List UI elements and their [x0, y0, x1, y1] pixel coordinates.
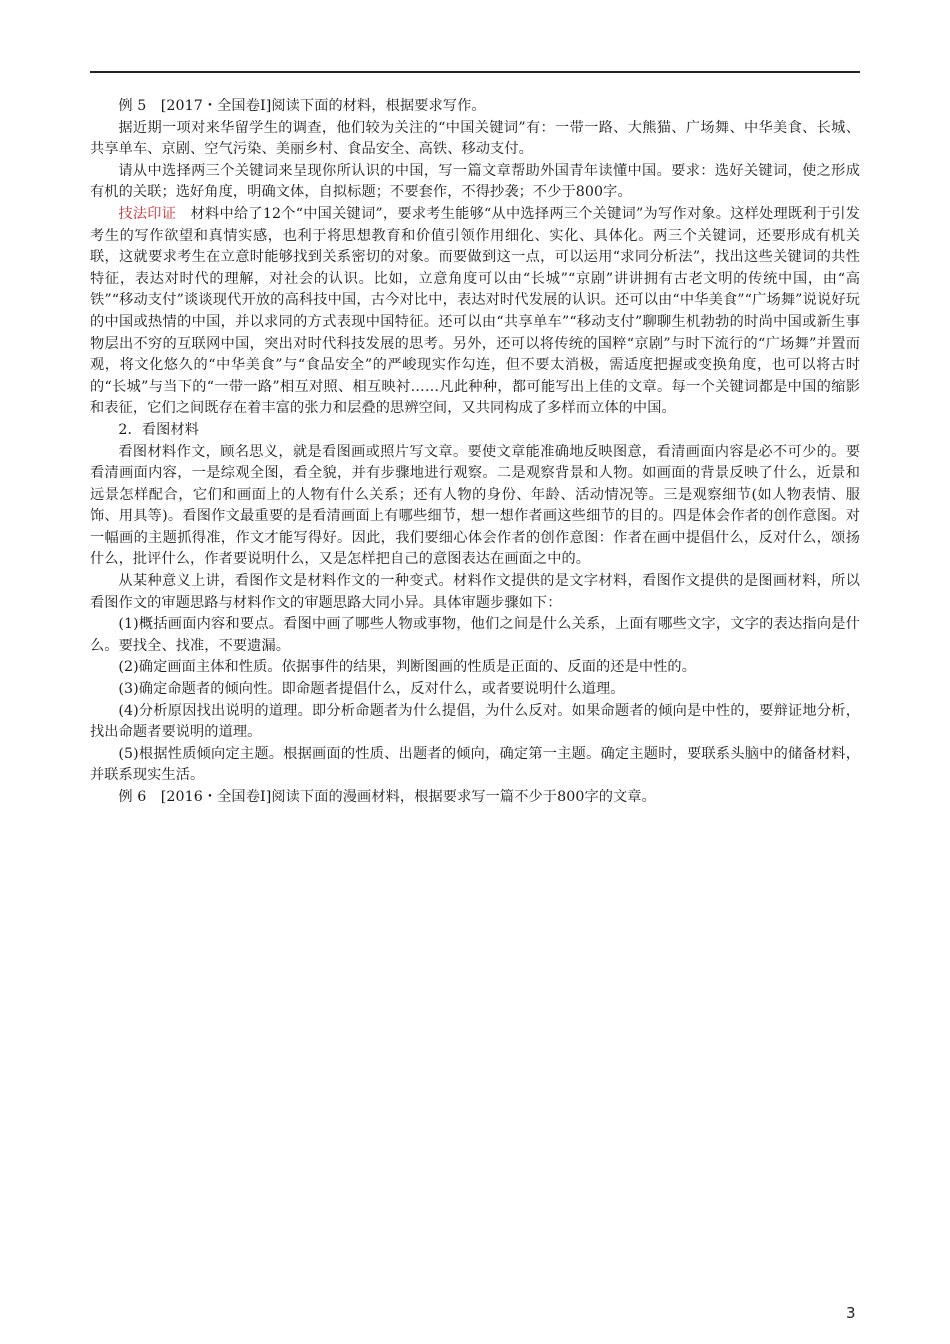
step-2: (2)确定画面主体和性质。依据事件的结果，判断图画的性质是正面的、反面的还是中性…: [90, 657, 860, 679]
step-4: (4)分析原因找出说明的道理。即分析命题者为什么提倡，为什么反对。如果命题者的倾…: [90, 701, 860, 744]
page-number: 3: [846, 1304, 856, 1322]
step-3: (3)确定命题者的倾向性。即命题者提倡什么，反对什么，或者要说明什么道理。: [90, 679, 860, 701]
section2-para2: 从某种意义上讲，看图作文是材料作文的一种变式。材料作文提供的是文字材料，看图作文…: [90, 571, 860, 614]
analysis-label: 技法印证: [118, 206, 176, 222]
page-content: 例 5 [2017・全国卷Ⅰ]阅读下面的材料，根据要求写作。 据近期一项对来华留…: [90, 96, 860, 809]
header-rule: [90, 71, 860, 73]
section2-heading: 2．看图材料: [90, 420, 860, 442]
example5-title: 例 5 [2017・全国卷Ⅰ]阅读下面的材料，根据要求写作。: [90, 96, 860, 118]
example5-material: 据近期一项对来华留学生的调查，他们较为关注的“中国关键词”有：一带一路、大熊猫、…: [90, 118, 860, 161]
step-1: (1)概括画面内容和要点。看图中画了哪些人物或事物，他们之间是什么关系，上面有哪…: [90, 614, 860, 657]
example5-requirement: 请从中选择两三个关键词来呈现你所认识的中国，写一篇文章帮助外国青年读懂中国。要求…: [90, 161, 860, 204]
step-5: (5)根据性质倾向定主题。根据画面的性质、出题者的倾向，确定第一主题。确定主题时…: [90, 744, 860, 787]
example6-title: 例 6 [2016・全国卷Ⅰ]阅读下面的漫画材料，根据要求写一篇不少于800字的…: [90, 787, 860, 809]
example5-analysis: 技法印证 材料中给了12个“中国关键词”，要求考生能够“从中选择两三个关键词”为…: [90, 204, 860, 420]
section2-para1: 看图材料作文，顾名思义，就是看图画或照片写文章。要使文章能准确地反映图意，看清画…: [90, 442, 860, 572]
analysis-text: 材料中给了12个“中国关键词”，要求考生能够“从中选择两三个关键词”为写作对象。…: [90, 206, 860, 416]
